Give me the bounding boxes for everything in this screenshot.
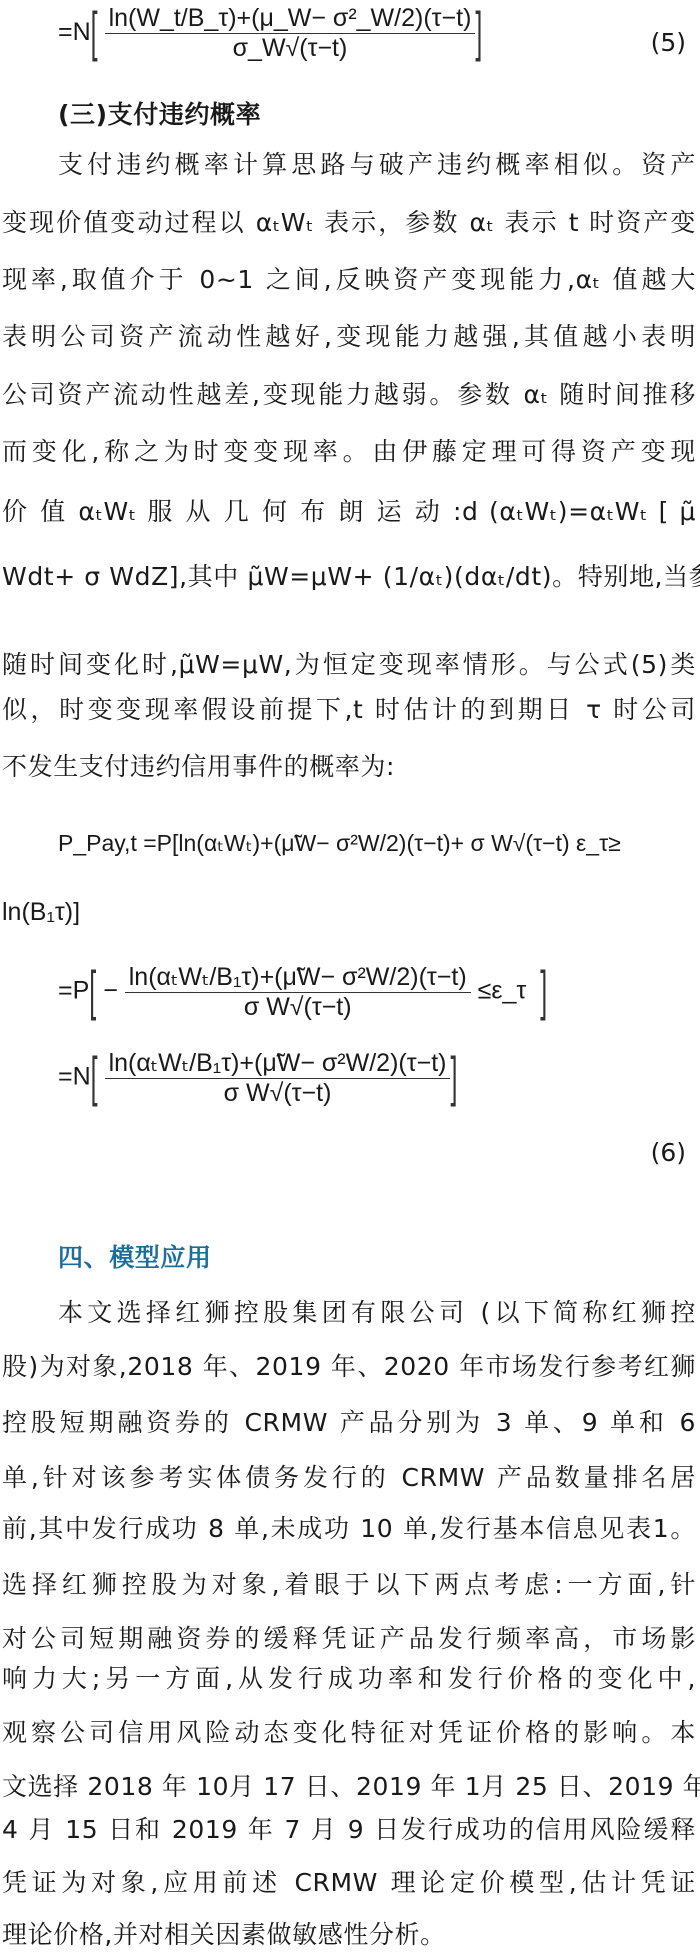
eq6-line2-denominator: σ W√(τ−t) bbox=[125, 993, 471, 1022]
paragraph-line: 响力大;另一方面,从发行成功率和发行价格的变化中, bbox=[2, 1664, 696, 1694]
eq6-line2-numerator: ln(αₜWₜ/B₁τ)+(μ̃W− σ²W/2)(τ−t) bbox=[125, 962, 471, 993]
equation-5: =N[ ln(W_t/B_τ)+(μ_W− σ²_W/2)(τ−t) σ_W√(… bbox=[58, 4, 482, 63]
eq6-line2-fraction: ln(αₜWₜ/B₁τ)+(μ̃W− σ²W/2)(τ−t) σ W√(τ−t) bbox=[125, 962, 471, 1022]
eq5-lhs: =N bbox=[58, 18, 91, 46]
equation-6-line-1-cont: ln(B₁τ)] bbox=[2, 898, 80, 927]
paragraph-line: 凭证为对象,应用前述 CRMW 理论定价模型,估计凭证 bbox=[2, 1868, 696, 1898]
paragraph-line: 现率,取值介于 0~1 之间,反映资产变现能力,αₜ 值越大 bbox=[2, 265, 696, 295]
right-bracket: ] bbox=[540, 960, 547, 1024]
eq6-line2-suffix: ≤ε_τ bbox=[478, 977, 527, 1005]
section-heading-3: (三)支付违约概率 bbox=[58, 100, 700, 130]
paragraph-line: 公司资产流动性越差,变现能力越弱。参数 αₜ 随时间推移 bbox=[2, 380, 696, 410]
eq5-fraction: ln(W_t/B_τ)+(μ_W− σ²_W/2)(τ−t) σ_W√(τ−t) bbox=[105, 4, 476, 63]
paragraph-line: 文选择 2018 年 10月 17 日、2019 年 1月 25 日、2019 … bbox=[2, 1772, 696, 1802]
document-page: =N[ ln(W_t/B_τ)+(μ_W− σ²_W/2)(τ−t) σ_W√(… bbox=[0, 0, 700, 1955]
left-bracket: [ bbox=[91, 2, 98, 66]
paragraph-line: 对公司短期融资券的缓释凭证产品发行频率高，市场影 bbox=[2, 1624, 696, 1654]
paragraph-line: 价 值 αₜWₜ 服 从 几 何 布 朗 运 动 :d (αₜWₜ)=αₜWₜ … bbox=[2, 497, 696, 527]
paragraph-line: 不发生支付违约信用事件的概率为: bbox=[2, 752, 696, 782]
eq6-line3-denominator: σ W√(τ−t) bbox=[105, 1079, 451, 1108]
paragraph-line: 似，时变变现率假设前提下,t 时估计的到期日 τ 时公司 bbox=[2, 695, 696, 725]
eq6-line3-numerator: ln(αₜWₜ/B₁τ)+(μ̃W− σ²W/2)(τ−t) bbox=[105, 1048, 451, 1079]
eq6-line3-fraction: ln(αₜWₜ/B₁τ)+(μ̃W− σ²W/2)(τ−t) σ W√(τ−t) bbox=[105, 1048, 451, 1108]
eq6-line2-lhs: =P bbox=[58, 977, 89, 1005]
paragraph-line: Wdt+ σ WdZ],其中 μ̃W=μW+ (1/αₜ)(dαₜ/dt)。特别… bbox=[2, 562, 696, 592]
paragraph-line: 表明公司资产流动性越好,变现能力越强,其值越小表明 bbox=[2, 322, 696, 352]
equation-number-6: (6) bbox=[651, 1138, 686, 1167]
paragraph-line: 前,其中发行成功 8 单,未成功 10 单,发行基本信息见表1。 bbox=[2, 1514, 696, 1544]
paragraph-line: 理论价格,并对相关因素做敏感性分析。 bbox=[2, 1920, 696, 1950]
right-bracket: ] bbox=[475, 2, 482, 66]
equation-number-5: (5) bbox=[651, 28, 686, 57]
paragraph-line: 随时间变化时,μ̃W=μW,为恒定变现率情形。与公式(5)类 bbox=[2, 650, 696, 680]
left-bracket: [ bbox=[89, 960, 96, 1024]
right-bracket: ] bbox=[450, 1046, 457, 1110]
paragraph-line: 4 月 15 日和 2019 年 7 月 9 日发行成功的信用风险缓释 bbox=[2, 1815, 696, 1845]
eq5-numerator: ln(W_t/B_τ)+(μ_W− σ²_W/2)(τ−t) bbox=[105, 4, 476, 34]
paragraph-line: 选择红狮控股为对象,着眼于以下两点考虑:一方面,针 bbox=[2, 1570, 696, 1600]
equation-6-line-2: =P[ − ln(αₜWₜ/B₁τ)+(μ̃W− σ²W/2)(τ−t) σ W… bbox=[58, 962, 547, 1022]
paragraph-line: 而变化,称之为时变变现率。由伊藤定理可得资产变现 bbox=[2, 437, 696, 467]
minus-sign: − bbox=[103, 977, 118, 1005]
paragraph-line: 股)为对象,2018 年、2019 年、2020 年市场发行参考红狮 bbox=[2, 1352, 696, 1382]
section-heading-4: 四、模型应用 bbox=[58, 1243, 700, 1273]
equation-6-line-1: P_Pay,t =P[ln(αₜWₜ)+(μ̃W− σ²W/2)(τ−t)+ σ… bbox=[58, 830, 621, 857]
paragraph-line: 变现价值变动过程以 αₜWₜ 表示，参数 αₜ 表示 t 时资产变 bbox=[2, 208, 696, 238]
eq5-denominator: σ_W√(τ−t) bbox=[105, 34, 476, 63]
paragraph-line: 支付违约概率计算思路与破产违约概率相似。资产 bbox=[58, 150, 696, 180]
paragraph-line: 单,针对该参考实体债务发行的 CRMW 产品数量排名居 bbox=[2, 1463, 696, 1493]
eq6-line3-lhs: =N bbox=[58, 1063, 91, 1091]
left-bracket: [ bbox=[91, 1046, 98, 1110]
paragraph-line: 控股短期融资券的 CRMW 产品分别为 3 单、9 单和 6 bbox=[2, 1408, 696, 1438]
equation-6-line-3: =N[ ln(αₜWₜ/B₁τ)+(μ̃W− σ²W/2)(τ−t) σ W√(… bbox=[58, 1048, 457, 1108]
paragraph-line: 观察公司信用风险动态变化特征对凭证价格的影响。本 bbox=[2, 1718, 696, 1748]
paragraph-line: 本文选择红狮控股集团有限公司 (以下简称红狮控 bbox=[58, 1298, 696, 1328]
